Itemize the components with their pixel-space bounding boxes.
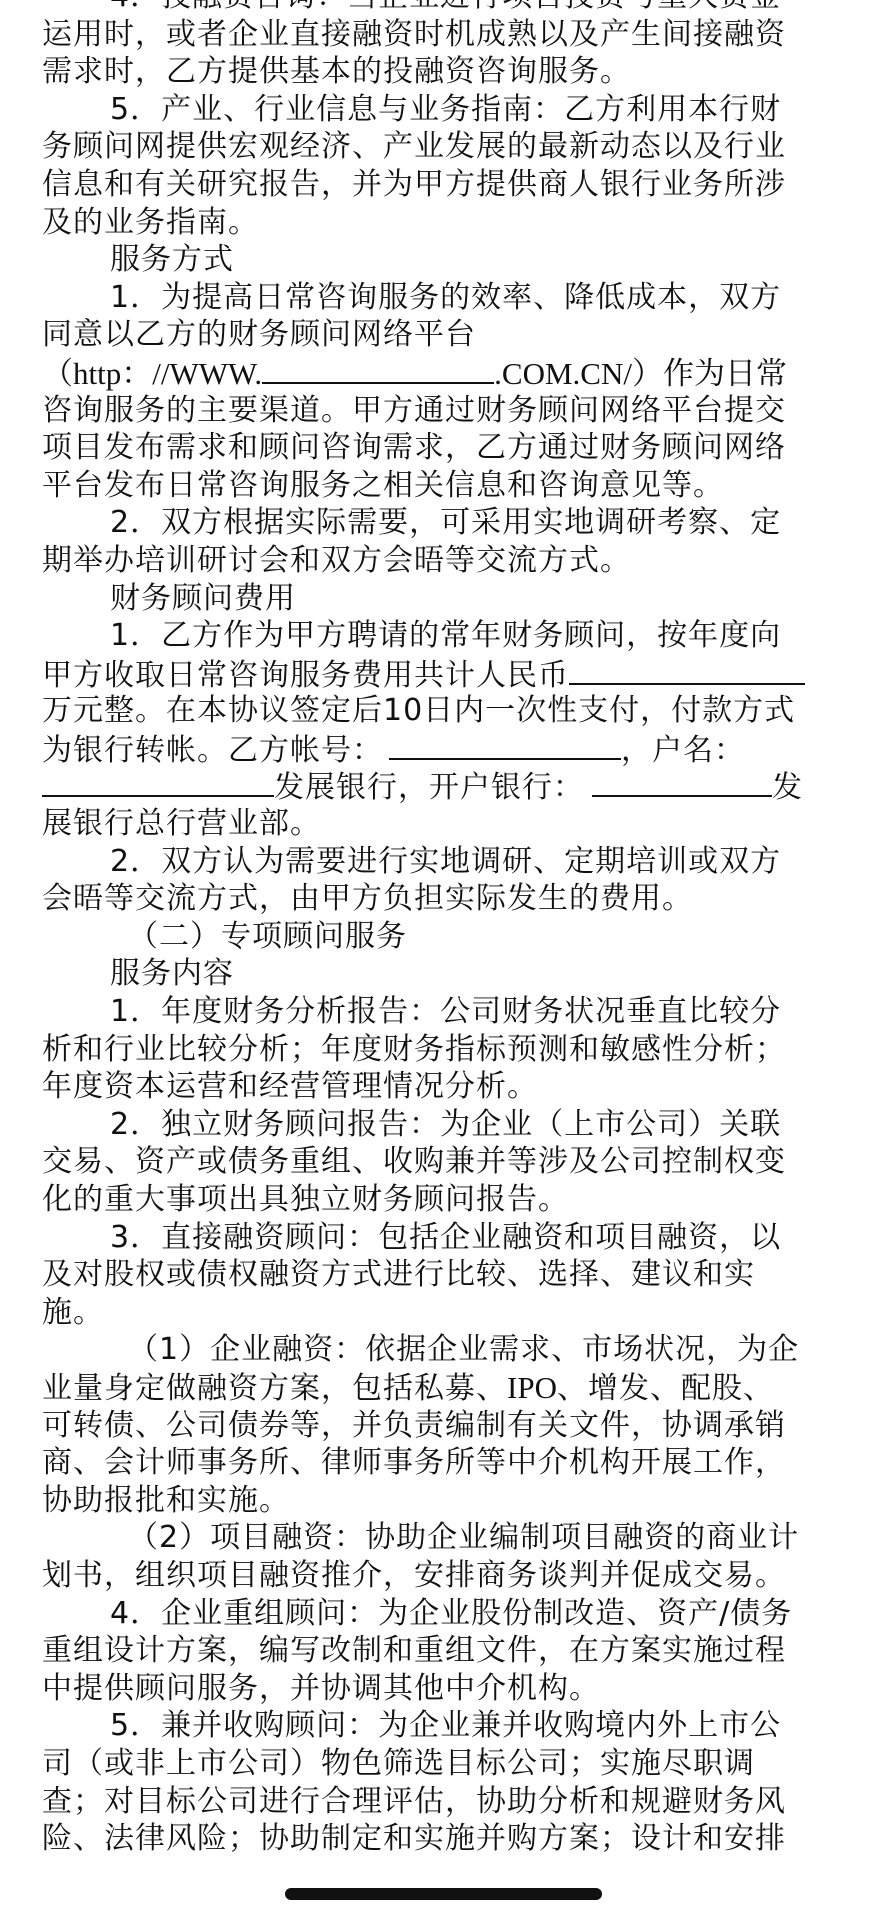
text-line: 险、法律风险；协助制定和实施并购方案；设计和安排 xyxy=(0,1820,887,1858)
ipo-line: 业量身定做融资方案，包括私募、IPO、增发、配股、 xyxy=(0,1369,887,1407)
text-line: 划书，组织项目融资推介，安排商务谈判并促成交易。 xyxy=(0,1557,887,1595)
text-line: 务顾问网提供宏观经济、产业发展的最新动态以及行业 xyxy=(0,128,887,166)
ipo-prefix: 业量身定做融资方案，包括私募、 xyxy=(42,1371,507,1406)
text-line: 2．双方认为需要进行实地调研、定期培训或双方 xyxy=(0,843,887,881)
text-line: 化的重大事项出具独立财务顾问报告。 xyxy=(0,1181,887,1219)
text-line: 咨询服务的主要渠道。甲方通过财务顾问网络平台提交 xyxy=(0,392,887,430)
bank-suffix: 发 xyxy=(772,770,803,805)
bank-line: 发展银行，开户银行：发 xyxy=(0,767,887,805)
section-heading-fees: 财务顾问费用 xyxy=(0,580,887,618)
text-line: 司（或非上市公司）物色筛选目标公司；实施尽职调 xyxy=(0,1745,887,1783)
url-line: （http：//WWW..COM.CN/）作为日常 xyxy=(0,354,887,392)
text-line: 及对股权或债权融资方式进行比较、选择、建议和实 xyxy=(0,1256,887,1294)
text-line: 同意以乙方的财务顾问网络平台 xyxy=(0,316,887,354)
text-line: 需求时，乙方提供基本的投融资咨询服务。 xyxy=(0,53,887,91)
home-indicator-bar[interactable] xyxy=(285,1888,602,1900)
text-line: 查；对目标公司进行合理评估，协助分析和规避财务风 xyxy=(0,1783,887,1821)
payment-line: 万元整。在本协议签定后10日内一次性支付，付款方式 xyxy=(0,692,887,730)
account-line: 为银行转帐。乙方帐号：，户名： xyxy=(0,730,887,768)
text-line: 商、会计师事务所、律师事务所等中介机构开展工作， xyxy=(0,1444,887,1482)
bank-middle: 发展银行，开户银行： xyxy=(274,770,584,805)
fee-line: 甲方收取日常咨询服务费用共计人民币 xyxy=(0,655,887,693)
text-line: 中提供顾问服务，并协调其他中介机构。 xyxy=(0,1670,887,1708)
text-line: 展银行总行营业部。 xyxy=(0,805,887,843)
document-page: 4．投融资咨询：当企业进行项目投资与重大资金 运用时，或者企业直接融资时机成熟以… xyxy=(0,0,887,1858)
text-line: 项目发布需求和顾问咨询需求，乙方通过财务顾问网络 xyxy=(0,429,887,467)
section-heading-special-services: （二）专项顾问服务 xyxy=(0,918,887,956)
text-line: 2．独立财务顾问报告：为企业（上市公司）关联 xyxy=(0,1106,887,1144)
text-line: 信息和有关研究报告，并为甲方提供商人银行业务所涉 xyxy=(0,166,887,204)
text-line: 1．年度财务分析报告：公司财务状况垂直比较分 xyxy=(0,993,887,1031)
text-line: （1）企业融资：依据企业需求、市场状况，为企 xyxy=(0,1331,887,1369)
text-line: 2．双方根据实际需要，可采用实地调研考察、定 xyxy=(0,504,887,542)
account-suffix: ，户名： xyxy=(621,733,745,768)
text-line: 会晤等交流方式，由甲方负担实际发生的费用。 xyxy=(0,880,887,918)
text-line: 4．企业重组顾问：为企业股份制改造、资产/债务 xyxy=(0,1595,887,1633)
text-line: 期举办培训研讨会和双方会晤等交流方式。 xyxy=(0,542,887,580)
account-prefix: 为银行转帐。乙方帐号： xyxy=(42,733,383,768)
section-heading-service-mode: 服务方式 xyxy=(0,241,887,279)
fee-text: 甲方收取日常咨询服务费用共计人民币 xyxy=(42,658,569,693)
ipo-suffix: 、增发、配股、 xyxy=(557,1371,774,1406)
text-line: 1．为提高日常咨询服务的效率、降低成本，双方 xyxy=(0,279,887,317)
text-line: 5．兼并收购顾问：为企业兼并收购境内外上市公 xyxy=(0,1707,887,1745)
text-line: 平台发布日常咨询服务之相关信息和咨询意见等。 xyxy=(0,467,887,505)
text-line: （2）项目融资：协助企业编制项目融资的商业计 xyxy=(0,1519,887,1557)
text-line: 重组设计方案，编写改制和重组文件，在方案实施过程 xyxy=(0,1632,887,1670)
account-number-blank-field[interactable] xyxy=(389,730,621,760)
text-line: 运用时，或者企业直接融资时机成熟以及产生间接融资 xyxy=(0,16,887,54)
text-line: 及的业务指南。 xyxy=(0,204,887,242)
text-line: 交易、资产或债务重组、收购兼并等涉及公司控制权变 xyxy=(0,1143,887,1181)
text-line: 4．投融资咨询：当企业进行项目投资与重大资金 xyxy=(0,0,887,16)
text-line: 析和行业比较分析；年度财务指标预测和敏感性分析； xyxy=(0,1031,887,1069)
text-line: 协助报批和实施。 xyxy=(0,1482,887,1520)
text-line: 年度资本运营和经营管理情况分析。 xyxy=(0,1068,887,1106)
section-heading-service-content: 服务内容 xyxy=(0,955,887,993)
text-line: 5．产业、行业信息与业务指南：乙方利用本行财 xyxy=(0,91,887,129)
text-line: 1．乙方作为甲方聘请的常年财务顾问，按年度向 xyxy=(0,617,887,655)
text-line: 3．直接融资顾问：包括企业融资和项目融资，以 xyxy=(0,1219,887,1257)
url-prefix: （http：//WWW. xyxy=(42,356,262,391)
url-suffix: .COM.CN/）作为日常 xyxy=(494,356,787,391)
bank-branch-blank-field[interactable] xyxy=(592,767,772,797)
url-blank-field[interactable] xyxy=(262,354,494,384)
text-line: 可转债、公司债券等，并负责编制有关文件，协调承销 xyxy=(0,1407,887,1445)
fee-amount-blank-field[interactable] xyxy=(569,655,805,685)
text-line: 施。 xyxy=(0,1294,887,1332)
ipo-text: IPO xyxy=(507,1370,557,1405)
account-name-blank-field[interactable] xyxy=(42,767,274,797)
